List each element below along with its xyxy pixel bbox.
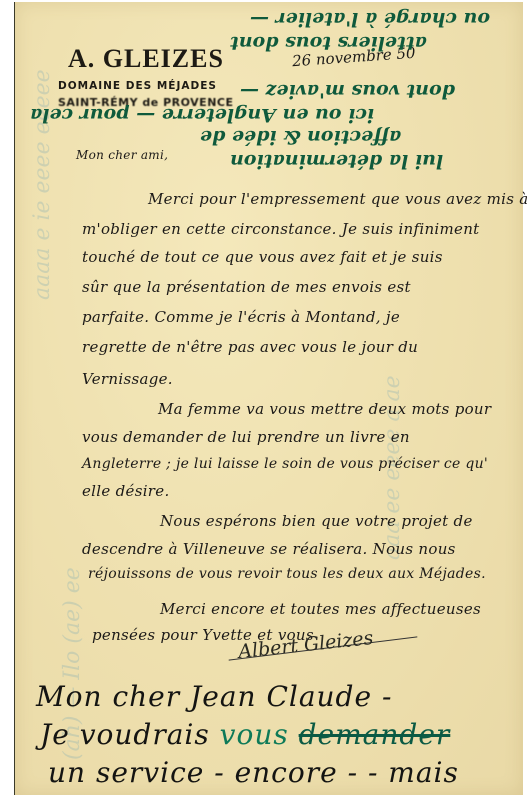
letter-line: regrette de n'être pas avec vous le jour…: [82, 338, 418, 356]
green-note-line: affection & idée de: [200, 126, 401, 148]
letter-line: parfaite. Comme je l'écris à Montand, je: [82, 308, 400, 326]
letter-line: Angleterre ; je lui laisse le soin de vo…: [82, 456, 488, 472]
letter-line: m'obliger en cette circonstance. Je suis…: [82, 220, 480, 238]
letter-line: Merci pour l'empressement que vous avez …: [148, 190, 527, 208]
green-note-line: dont vous m'aviez —: [240, 80, 455, 102]
postscript-ink-blot-word: demander: [299, 718, 451, 751]
green-note-line: atteliers tous dont: [230, 32, 427, 54]
letter-line: sûr que la présentation de mes envois es…: [82, 278, 411, 296]
postscript-text: Je voudrais: [40, 718, 220, 751]
postscript-line: un service - encore - - mais: [48, 756, 459, 789]
postscript-line: Mon cher Jean Claude -: [36, 680, 392, 713]
letterhead-address-1: DOMAINE DES MÉJADES: [58, 80, 233, 92]
letter-line: vous demander de lui prendre un livre en: [82, 428, 410, 446]
letterhead: A. GLEIZES DOMAINE DES MÉJADES SAINT-RÉM…: [58, 44, 233, 109]
letter-line: Vernissage.: [82, 370, 173, 388]
letter-line: réjouissons de vous revoir tous les deux…: [88, 566, 486, 582]
salutation: Mon cher ami,: [76, 148, 168, 162]
green-note-line: ici ou en Angleterre — pour cela: [30, 104, 374, 126]
letter-line: elle désire.: [82, 482, 170, 500]
letter-line: touché de tout ce que vous avez fait et …: [82, 248, 443, 266]
letterhead-name: A. GLEIZES: [68, 44, 233, 74]
letter-line: descendre à Villeneuve se réalisera. Nou…: [82, 540, 456, 558]
letter-line: Merci encore et toutes mes affectueuses: [160, 600, 481, 618]
postscript-text-green: vous: [220, 718, 299, 751]
letter-line: Nous espérons bien que votre projet de: [160, 512, 473, 530]
green-note-line: ou chargé à l'atelier —: [250, 8, 490, 30]
letter-line: Ma femme va vous mettre deux mots pour: [158, 400, 491, 418]
postscript-line: Je voudrais vous demander: [40, 718, 450, 751]
green-note-line: lui la détermination: [230, 150, 443, 172]
